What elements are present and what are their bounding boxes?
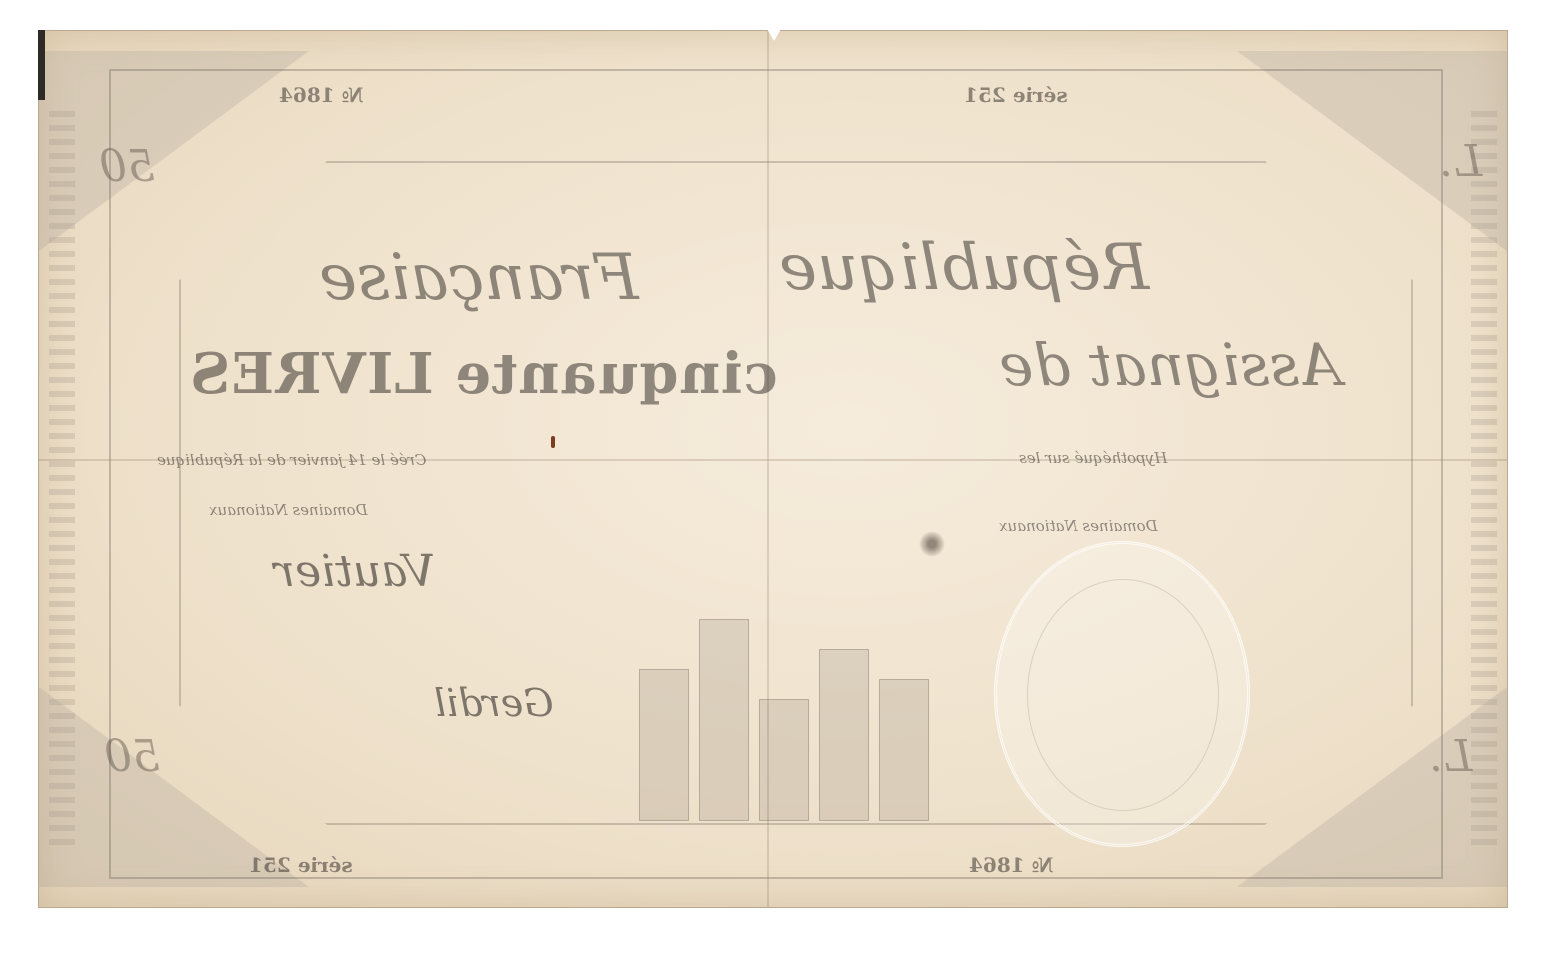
serial-number-top-left: № 1864 [279,83,363,107]
corner-value-top-right: L. [1439,136,1482,187]
small-text-creation: Créé le 14 janvier de la République [157,451,426,469]
series-number-top-right: série 251 [964,83,1068,107]
small-text-hypotheque: Hypothéqué sur les [1019,449,1167,467]
rosette-icon [919,531,945,557]
seal-inner-ring [1027,579,1219,811]
signature-vautier: Vautier [274,546,435,597]
signature-gerdil: Gerdil [434,681,554,725]
vignette-column [639,669,689,821]
serial-number-bottom-right: № 1864 [969,853,1053,877]
corner-value-bottom-left: 50 [104,731,160,782]
corner-value-bottom-right: L. [1429,731,1472,782]
dry-seal-embossing [994,541,1250,847]
ink-stain [551,436,555,448]
banknote: № 1864 série 251 50 L. 50 L. République … [38,30,1508,908]
small-text-domaines-left: Domaines Nationaux [209,501,368,519]
title-assignat: Assignat de [999,331,1341,399]
vignette-column [819,649,869,821]
allegorical-vignette [639,591,939,821]
title-denomination: cinquante LIVRES [189,341,778,407]
vignette-column [759,699,809,821]
vignette-column [879,679,929,821]
small-text-domaines-right: Domaines Nationaux [999,517,1158,535]
left-edge-shadow [38,30,45,100]
corner-value-top-left: 50 [99,141,155,192]
top-tear [767,29,781,41]
series-number-bottom-left: série 251 [249,853,353,877]
heading-republique: République [779,231,1149,305]
vignette-column [699,619,749,821]
heading-francaise: Française [319,241,639,315]
